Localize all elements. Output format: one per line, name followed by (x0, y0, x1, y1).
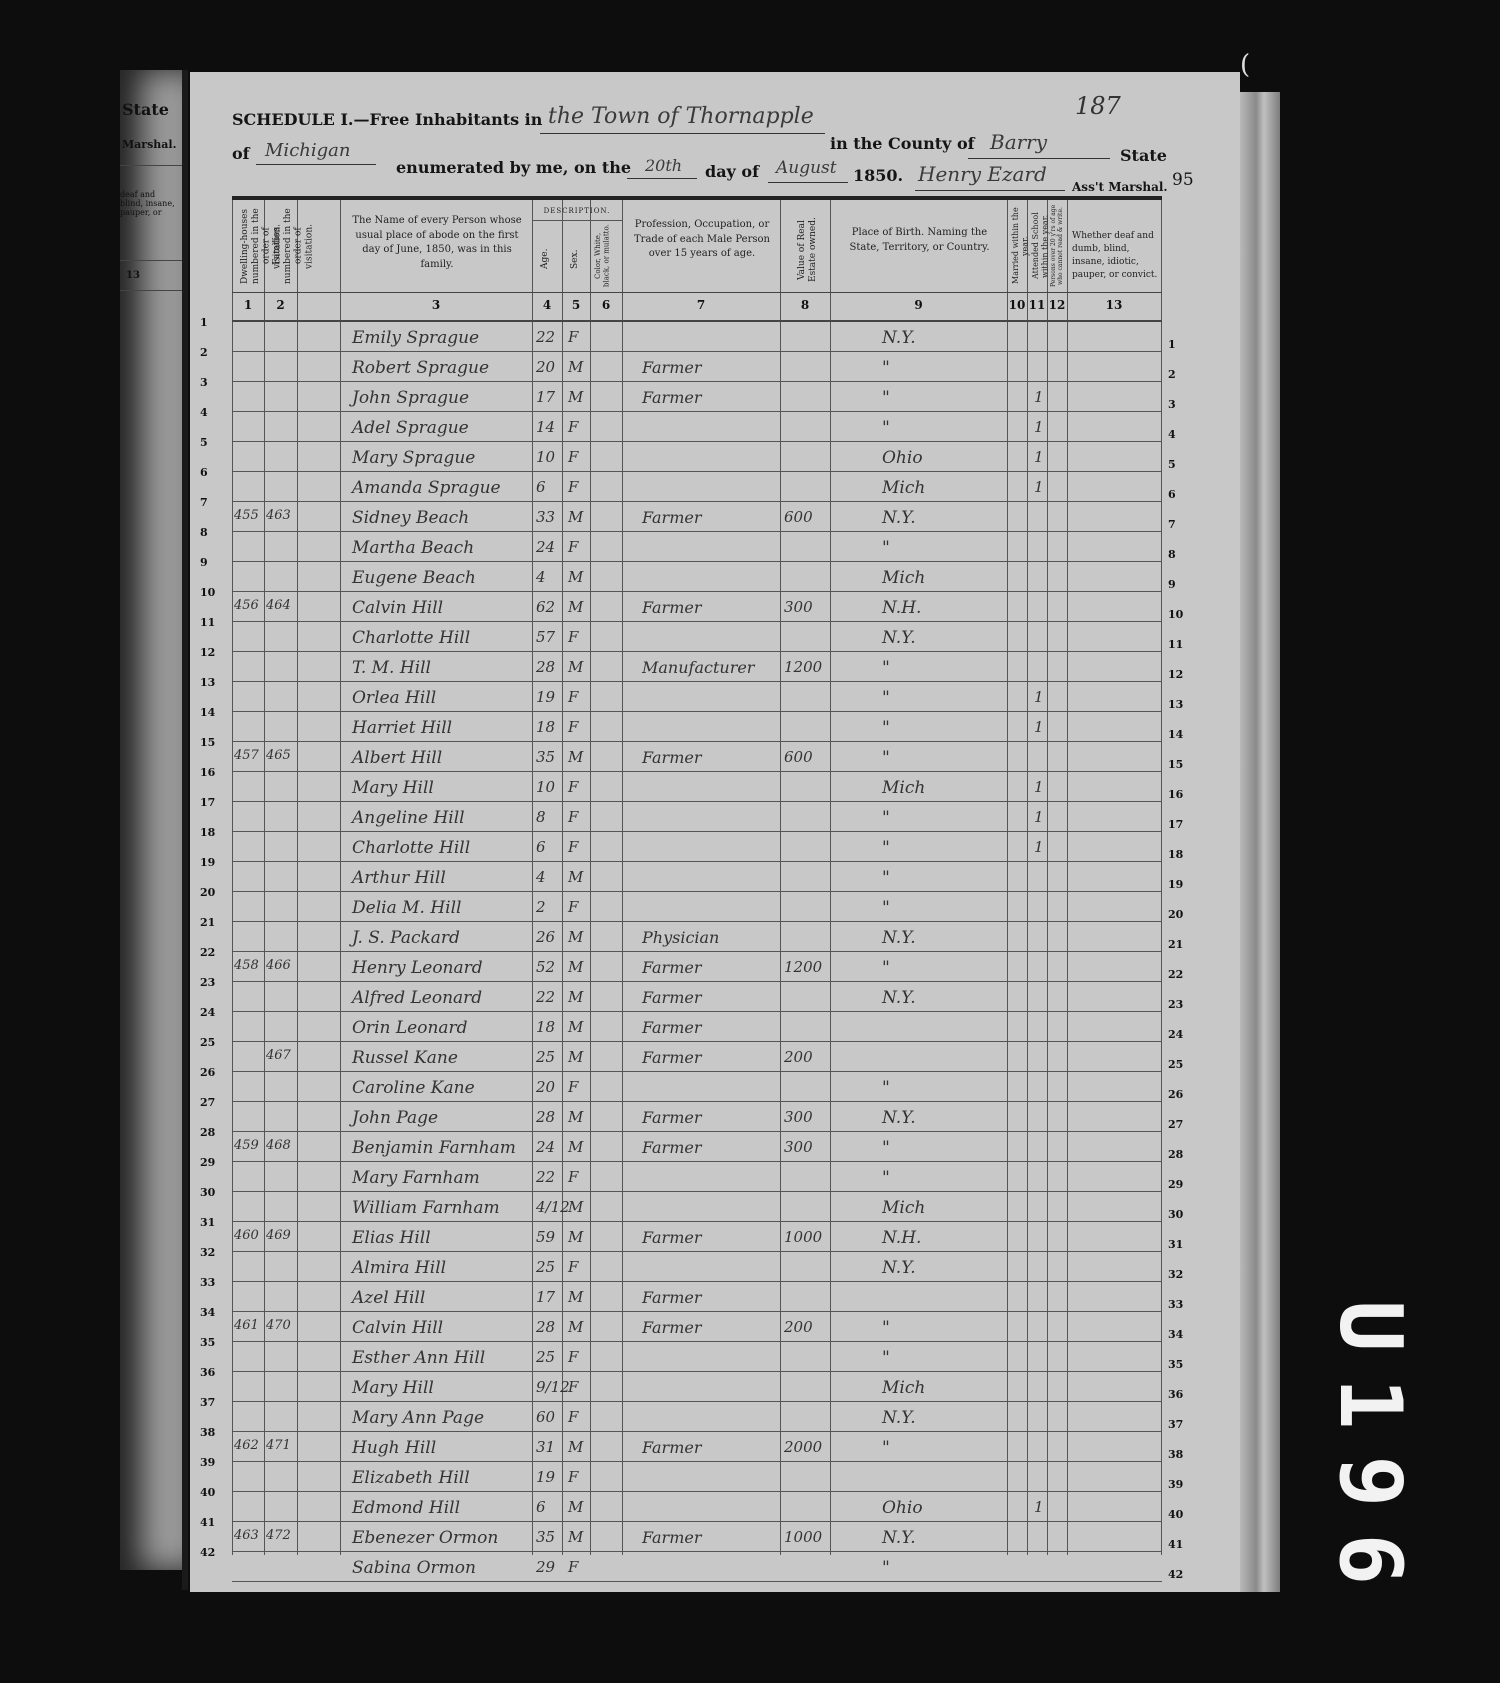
attended-school: 1 (1034, 1498, 1044, 1516)
birthplace: " (882, 748, 890, 768)
sex: M (568, 748, 583, 766)
person-name: Mary Ann Page (352, 1408, 484, 1428)
birthplace: Mich (882, 778, 925, 798)
col13-header: Whether deaf and dumb, blind, insane, id… (1072, 230, 1158, 282)
sex: F (568, 1408, 578, 1426)
sex: F (568, 688, 578, 706)
table-row: 462471Hugh Hill31MFarmer2000" (232, 1432, 1162, 1462)
occupation: Farmer (642, 1288, 702, 1307)
line-number: 37 (200, 1396, 215, 1409)
table-row: 455463Sidney Beach33MFarmer600N.Y. (232, 502, 1162, 532)
table-row: Mary Hill10FMich1 (232, 772, 1162, 802)
table-row: Charlotte Hill57FN.Y. (232, 622, 1162, 652)
line-number: 8 (1168, 548, 1176, 561)
birthplace: N.Y. (882, 508, 916, 528)
age: 35 (536, 748, 555, 766)
birthplace: " (882, 418, 890, 438)
sex: F (568, 1378, 578, 1396)
age: 4 (536, 868, 546, 886)
family-number: 467 (266, 1048, 291, 1063)
line-number: 4 (200, 406, 208, 419)
line-number: 6 (200, 466, 208, 479)
age: 18 (536, 1018, 555, 1036)
age: 18 (536, 718, 555, 736)
birthplace: N.Y. (882, 1528, 916, 1548)
line-number: 2 (200, 346, 208, 359)
birthplace: " (882, 1078, 890, 1098)
age: 10 (536, 778, 555, 796)
description-header: DESCRIPTION. (532, 206, 622, 216)
line-number: 11 (200, 616, 215, 629)
table-row: Almira Hill25FN.Y. (232, 1252, 1162, 1282)
col9-header: Place of Birth. Naming the State, Territ… (837, 226, 1002, 255)
person-name: John Sprague (352, 388, 469, 408)
birthplace: " (882, 868, 890, 888)
table-row: Adel Sprague14F"1 (232, 412, 1162, 442)
line-number: 18 (1168, 848, 1183, 861)
line-number: 3 (1168, 398, 1176, 411)
col11-header: Attended School within the year. (1031, 204, 1050, 288)
line-number: 30 (1168, 1208, 1183, 1221)
table-row: 459468Benjamin Farnham24MFarmer300" (232, 1132, 1162, 1162)
age: 22 (536, 328, 555, 346)
dwelling-number: 457 (234, 748, 259, 763)
birthplace: " (882, 1138, 890, 1158)
col3-header: The Name of every Person whose usual pla… (347, 214, 527, 272)
birthplace: " (882, 388, 890, 408)
birthplace: N.Y. (882, 328, 916, 348)
real-estate-value: 1200 (784, 958, 822, 976)
line-number: 20 (200, 886, 215, 899)
sex: F (568, 328, 578, 346)
person-name: Harriet Hill (352, 718, 452, 738)
line-number: 2 (1168, 368, 1176, 381)
person-name: Albert Hill (352, 748, 442, 768)
table-row: Elizabeth Hill19F (232, 1462, 1162, 1492)
line-number: 23 (200, 976, 215, 989)
sex: M (568, 958, 583, 976)
sex: M (568, 1108, 583, 1126)
table-row: 457465Albert Hill35MFarmer600" (232, 742, 1162, 772)
real-estate-value: 600 (784, 748, 813, 766)
table-row: 458466Henry Leonard52MFarmer1200" (232, 952, 1162, 982)
line-number: 33 (200, 1276, 215, 1289)
age: 19 (536, 1468, 555, 1486)
person-name: Ebenezer Ormon (352, 1528, 498, 1548)
real-estate-value: 200 (784, 1318, 813, 1336)
family-number: 465 (266, 748, 291, 763)
col2-num: 2 (264, 298, 297, 312)
table-row: Delia M. Hill2F" (232, 892, 1162, 922)
line-number: 38 (1168, 1448, 1183, 1461)
real-estate-value: 600 (784, 508, 813, 526)
line-number: 3 (200, 376, 208, 389)
sex: M (568, 358, 583, 376)
real-estate-value: 300 (784, 1108, 813, 1126)
real-estate-value: 2000 (784, 1438, 822, 1456)
person-name: Almira Hill (352, 1258, 446, 1278)
family-number: 470 (266, 1318, 291, 1333)
line-number: 19 (200, 856, 215, 869)
age: 2 (536, 898, 546, 916)
attended-school: 1 (1034, 418, 1044, 436)
line-number: 25 (200, 1036, 215, 1049)
sex: M (568, 598, 583, 616)
sex: M (568, 1498, 583, 1516)
line-number: 27 (1168, 1118, 1183, 1131)
line-number: 25 (1168, 1058, 1183, 1071)
line-number: 39 (1168, 1478, 1183, 1491)
person-name: Henry Leonard (352, 958, 483, 978)
line-number: 21 (1168, 938, 1183, 951)
occupation: Farmer (642, 1018, 702, 1037)
table-row: Mary Farnham22F" (232, 1162, 1162, 1192)
sex: F (568, 628, 578, 646)
dwelling-number: 463 (234, 1528, 259, 1543)
book-spine (182, 70, 188, 1590)
line-number: 17 (1168, 818, 1183, 831)
birthplace: N.Y. (882, 1258, 916, 1278)
line-number: 10 (1168, 608, 1183, 621)
occupation: Farmer (642, 958, 702, 977)
person-name: Martha Beach (352, 538, 474, 558)
birthplace: " (882, 718, 890, 738)
birthplace: N.Y. (882, 1408, 916, 1428)
occupation: Farmer (642, 1318, 702, 1337)
line-number: 42 (200, 1546, 215, 1559)
sex: M (568, 1048, 583, 1066)
col7-header: Profession, Occupation, or Trade of each… (627, 218, 777, 262)
sex: M (568, 388, 583, 406)
birthplace: " (882, 1438, 890, 1458)
page-stack-edge (1240, 92, 1280, 1592)
col12-header: Persons over 20 y'rs of age who cannot r… (1050, 204, 1064, 288)
person-name: Calvin Hill (352, 598, 443, 618)
sex: M (568, 1138, 583, 1156)
sex: M (568, 1018, 583, 1036)
person-name: Sabina Ormon (352, 1558, 476, 1578)
occupation: Farmer (642, 388, 702, 407)
age: 26 (536, 928, 555, 946)
line-number: 24 (200, 1006, 215, 1019)
col3-num: 3 (340, 298, 532, 312)
marshal-label: Ass't Marshal. (1072, 180, 1168, 194)
birthplace: Mich (882, 1378, 925, 1398)
line-number: 12 (1168, 668, 1183, 681)
line-number: 42 (1168, 1568, 1183, 1581)
line-number: 35 (200, 1336, 215, 1349)
col9-num: 9 (830, 298, 1007, 312)
prev-col13-text: deaf and blind, insane, pauper, or (120, 190, 178, 217)
line-number: 4 (1168, 428, 1176, 441)
marshal-signature: Henry Ezard (918, 162, 1047, 186)
col10-header: Married within the year. (1011, 204, 1030, 288)
table-row: Sabina Ormon29F" (232, 1552, 1162, 1582)
occupation: Physician (642, 928, 719, 947)
table-row: Esther Ann Hill25F" (232, 1342, 1162, 1372)
occupation: Farmer (642, 1228, 702, 1247)
dwelling-number: 458 (234, 958, 259, 973)
occupation: Farmer (642, 1528, 702, 1547)
table-row: John Sprague17MFarmer"1 (232, 382, 1162, 412)
schedule-title: SCHEDULE I.—Free Inhabitants in (232, 110, 542, 129)
line-number: 13 (1168, 698, 1183, 711)
family-number: 469 (266, 1228, 291, 1243)
census-rows: Emily Sprague22FN.Y.Robert Sprague20MFar… (232, 322, 1162, 1582)
person-name: Sidney Beach (352, 508, 469, 528)
age: 25 (536, 1048, 555, 1066)
line-number: 16 (200, 766, 215, 779)
prev-state-label: State (122, 100, 169, 119)
year-label: 1850. (853, 166, 903, 185)
dwelling-number: 460 (234, 1228, 259, 1243)
age: 62 (536, 598, 555, 616)
person-name: Benjamin Farnham (352, 1138, 516, 1158)
birthplace: N.Y. (882, 628, 916, 648)
attended-school: 1 (1034, 838, 1044, 856)
line-number: 6 (1168, 488, 1176, 501)
dwelling-number: 462 (234, 1438, 259, 1453)
person-name: Adel Sprague (352, 418, 469, 438)
table-row: Amanda Sprague6FMich1 (232, 472, 1162, 502)
enumerated-label: enumerated by me, on the (396, 158, 631, 177)
occupation: Farmer (642, 1108, 702, 1127)
sex: F (568, 478, 578, 496)
sex: F (568, 1078, 578, 1096)
family-number: 464 (266, 598, 291, 613)
attended-school: 1 (1034, 808, 1044, 826)
attended-school: 1 (1034, 478, 1044, 496)
line-number: 17 (200, 796, 215, 809)
state-label: State (1120, 146, 1167, 165)
occupation: Farmer (642, 598, 702, 617)
age: 6 (536, 1498, 546, 1516)
occupation: Farmer (642, 1048, 702, 1067)
line-number: 16 (1168, 788, 1183, 801)
occupation: Farmer (642, 988, 702, 1007)
dwelling-number: 461 (234, 1318, 259, 1333)
county-label: in the County of (830, 134, 975, 153)
sex: M (568, 868, 583, 886)
sex: F (568, 808, 578, 826)
location-value: the Town of Thornapple (548, 104, 814, 129)
age: 17 (536, 388, 555, 406)
line-number: 10 (200, 586, 215, 599)
line-number: 27 (200, 1096, 215, 1109)
table-row: Angeline Hill8F"1 (232, 802, 1162, 832)
line-number: 1 (200, 316, 208, 329)
family-number: 472 (266, 1528, 291, 1543)
col2-header: Families numbered in the order of visita… (272, 204, 315, 288)
birthplace: " (882, 1168, 890, 1188)
corner-mark: ( (1240, 50, 1250, 80)
table-row: Azel Hill17MFarmer (232, 1282, 1162, 1312)
age: 4 (536, 568, 546, 586)
birthplace: N.H. (882, 1228, 921, 1248)
line-number: 9 (1168, 578, 1176, 591)
line-number: 33 (1168, 1298, 1183, 1311)
family-number: 468 (266, 1138, 291, 1153)
age: 57 (536, 628, 555, 646)
occupation: Farmer (642, 358, 702, 377)
day-of-label: day of (705, 162, 759, 181)
sex: F (568, 538, 578, 556)
birthplace: " (882, 688, 890, 708)
line-number: 14 (1168, 728, 1183, 741)
age: 4/12 (536, 1198, 570, 1216)
table-row: J. S. Packard26MPhysicianN.Y. (232, 922, 1162, 952)
table-row: Robert Sprague20MFarmer" (232, 352, 1162, 382)
line-number: 35 (1168, 1358, 1183, 1371)
birthplace: N.Y. (882, 988, 916, 1008)
table-row: Harriet Hill18F"1 (232, 712, 1162, 742)
person-name: Angeline Hill (352, 808, 465, 828)
person-name: Orin Leonard (352, 1018, 468, 1038)
line-number: 15 (200, 736, 215, 749)
day-value: 20th (645, 156, 682, 175)
person-name: Mary Hill (352, 778, 434, 798)
person-name: Mary Sprague (352, 448, 475, 468)
line-number: 41 (1168, 1538, 1183, 1551)
attended-school: 1 (1034, 718, 1044, 736)
birthplace: " (882, 1318, 890, 1338)
table-row: Orin Leonard18MFarmer (232, 1012, 1162, 1042)
line-number: 36 (200, 1366, 215, 1379)
occupation: Farmer (642, 1138, 702, 1157)
line-number: 40 (200, 1486, 215, 1499)
table-row: John Page28MFarmer300N.Y. (232, 1102, 1162, 1132)
table-row: Emily Sprague22FN.Y. (232, 322, 1162, 352)
person-name: Amanda Sprague (352, 478, 501, 498)
sex: F (568, 1258, 578, 1276)
person-name: Delia M. Hill (352, 898, 461, 918)
previous-page-fragment: State Marshal. deaf and blind, insane, p… (120, 70, 182, 1570)
age: 24 (536, 1138, 555, 1156)
sex: M (568, 658, 583, 676)
sex: F (568, 1348, 578, 1366)
age: 14 (536, 418, 555, 436)
line-number: 5 (200, 436, 208, 449)
age: 8 (536, 808, 546, 826)
occupation: Farmer (642, 1438, 702, 1457)
col12-num: 12 (1047, 298, 1067, 312)
census-table: Dwelling-houses numbered in the order of… (232, 200, 1162, 1555)
attended-school: 1 (1034, 778, 1044, 796)
birthplace: Ohio (882, 1498, 923, 1518)
table-row: William Farnham4/12MMich (232, 1192, 1162, 1222)
sex: M (568, 1198, 583, 1216)
table-row: Edmond Hill6MOhio1 (232, 1492, 1162, 1522)
line-number: 7 (1168, 518, 1176, 531)
person-name: Eugene Beach (352, 568, 476, 588)
of-label: of (232, 144, 250, 163)
table-row: Martha Beach24F" (232, 532, 1162, 562)
age: 52 (536, 958, 555, 976)
line-number: 32 (200, 1246, 215, 1259)
real-estate-value: 300 (784, 1138, 813, 1156)
person-name: Arthur Hill (352, 868, 446, 888)
sex: F (568, 838, 578, 856)
sex: M (568, 1318, 583, 1336)
occupation: Farmer (642, 748, 702, 767)
person-name: Calvin Hill (352, 1318, 443, 1338)
person-name: William Farnham (352, 1198, 500, 1218)
occupation: Manufacturer (642, 658, 754, 677)
line-number: 29 (1168, 1178, 1183, 1191)
age: 29 (536, 1558, 555, 1576)
line-number: 31 (1168, 1238, 1183, 1251)
sex: F (568, 898, 578, 916)
table-row: Mary Ann Page60FN.Y. (232, 1402, 1162, 1432)
col5-num: 5 (562, 298, 590, 312)
person-name: T. M. Hill (352, 658, 431, 678)
sex: F (568, 448, 578, 466)
printed-page-number: 95 (1172, 170, 1194, 190)
sex: M (568, 1528, 583, 1546)
col5-header: Sex. (570, 230, 581, 288)
age: 28 (536, 658, 555, 676)
real-estate-value: 300 (784, 598, 813, 616)
line-number: 22 (1168, 968, 1183, 981)
person-name: Elizabeth Hill (352, 1468, 470, 1488)
age: 25 (536, 1258, 555, 1276)
month-value: August (776, 158, 837, 178)
attended-school: 1 (1034, 388, 1044, 406)
sex: F (568, 1468, 578, 1486)
age: 59 (536, 1228, 555, 1246)
col1-num: 1 (232, 298, 264, 312)
table-row: 460469Elias Hill59MFarmer1000N.H. (232, 1222, 1162, 1252)
real-estate-value: 1200 (784, 658, 822, 676)
age: 33 (536, 508, 555, 526)
sex: F (568, 1168, 578, 1186)
table-row: Eugene Beach4MMich (232, 562, 1162, 592)
line-number: 28 (1168, 1148, 1183, 1161)
age: 22 (536, 988, 555, 1006)
age: 28 (536, 1108, 555, 1126)
col6-num: 6 (590, 298, 622, 312)
col8-header: Value of Real Estate owned. (797, 208, 819, 292)
microfilm-reel-number: U196 (1320, 1300, 1420, 1611)
line-number: 29 (200, 1156, 215, 1169)
sex: F (568, 418, 578, 436)
age: 10 (536, 448, 555, 466)
col4-header: Age. (540, 230, 551, 288)
birthplace: Mich (882, 478, 925, 498)
age: 31 (536, 1438, 555, 1456)
person-name: Russel Kane (352, 1048, 458, 1068)
col6-header: Color, White, black, or mulatto. (594, 224, 611, 288)
attended-school: 1 (1034, 688, 1044, 706)
sex: M (568, 1228, 583, 1246)
line-number: 14 (200, 706, 215, 719)
family-number: 466 (266, 958, 291, 973)
line-number: 18 (200, 826, 215, 839)
sex: M (568, 928, 583, 946)
birthplace: " (882, 658, 890, 678)
line-number: 15 (1168, 758, 1183, 771)
age: 28 (536, 1318, 555, 1336)
col4-num: 4 (532, 298, 562, 312)
line-number: 28 (200, 1126, 215, 1139)
birthplace: " (882, 958, 890, 978)
col7-num: 7 (622, 298, 780, 312)
line-number: 7 (200, 496, 208, 509)
dwelling-number: 459 (234, 1138, 259, 1153)
line-number: 31 (200, 1216, 215, 1229)
table-row: 461470Calvin Hill28MFarmer200" (232, 1312, 1162, 1342)
occupation: Farmer (642, 508, 702, 527)
